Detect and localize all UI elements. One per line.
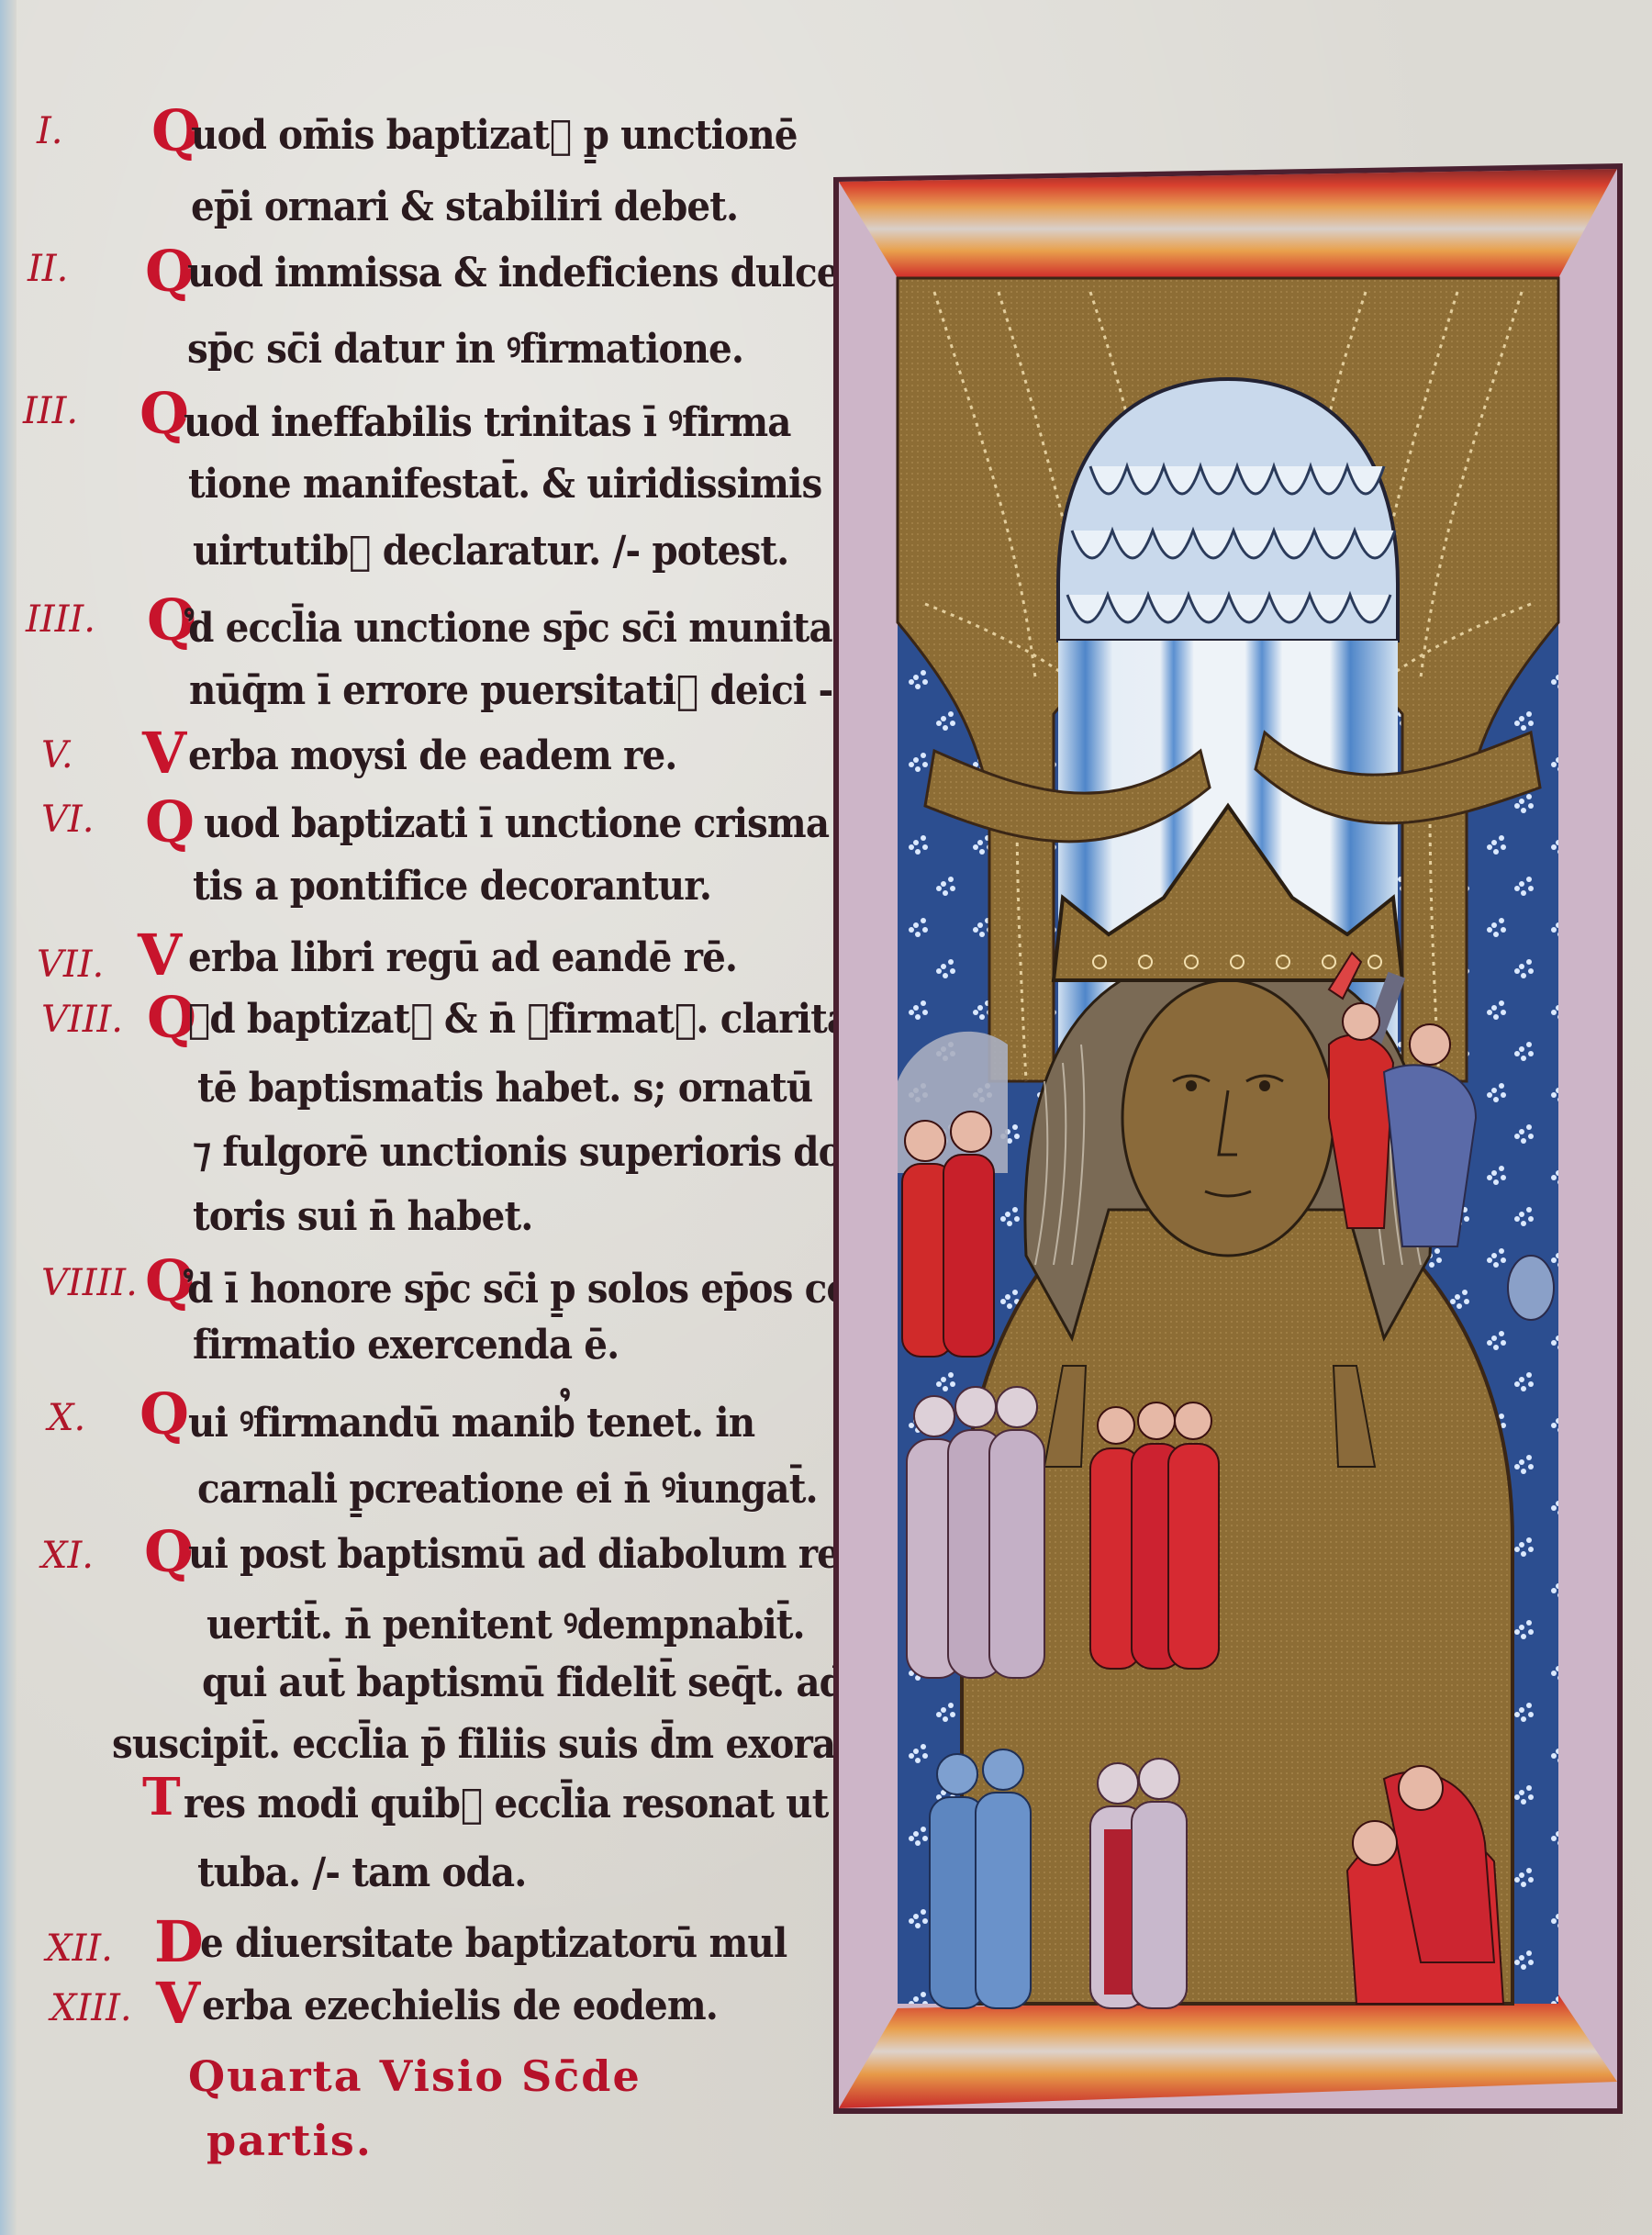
text-line: e diuersitate baptizatorū mul xyxy=(200,1920,787,1967)
frame-top-band xyxy=(839,169,1617,278)
text-line: res modi quib᷒ eccl̄ia resonat ut xyxy=(184,1781,828,1827)
text-line: ui post baptismū ad diabolum re xyxy=(188,1531,840,1578)
chapter-number: X. xyxy=(48,1397,85,1439)
text-line: tē baptismatis habet. s; ornatū xyxy=(197,1065,812,1112)
chapter-number: XIII. xyxy=(50,1987,132,2029)
devil-face xyxy=(1508,1256,1554,1320)
chapter-number: XI. xyxy=(41,1535,94,1577)
text-line: uod baptizati ī unctione crisma xyxy=(204,800,829,847)
red-initial: V xyxy=(142,725,186,782)
chapter-number: VIII. xyxy=(41,999,123,1041)
lilac-figures xyxy=(907,1387,1044,1678)
text-line: firmatio exercenda ē. xyxy=(193,1322,619,1369)
text-line: suscipit̄. eccl̄ia p̄ filiis suis d̄m ex… xyxy=(112,1721,913,1768)
chapter-number: V. xyxy=(41,734,73,777)
illumination-panel xyxy=(833,163,1623,2114)
text-line: tis a pontifice decorantur. xyxy=(193,863,711,910)
red-initial: D xyxy=(154,1914,204,1971)
text-line: uod om̄is baptizat᷒ p̱ unctionē xyxy=(191,112,798,159)
red-initial: Q xyxy=(140,386,189,442)
red-initial: Q xyxy=(145,794,195,851)
red-initial: Q xyxy=(144,1524,194,1581)
chapter-number: I. xyxy=(37,110,63,152)
chapter-list: I. Q uod om̄is baptizat᷒ p̱ unctionē ep… xyxy=(0,0,826,2235)
chapter-number: VIIII. xyxy=(41,1262,138,1304)
text-line: erba libri regū ad eandē rē. xyxy=(188,934,737,981)
text-line: carnali p̱creatione ei n̄ ꝰiungat̄. xyxy=(197,1459,818,1514)
ecclesia-face xyxy=(1122,980,1334,1256)
text-line: erba ezechielis de eodem. xyxy=(202,1983,718,2029)
text-line: uod immissa & indeficiens dulcedo xyxy=(187,250,888,296)
chapter-number: III. xyxy=(23,390,78,432)
chapter-number: II. xyxy=(28,248,68,290)
text-line: sp̄c sc̄i datur in ꝰfirmatione. xyxy=(187,319,743,374)
text-line: toris sui n̄ habet. xyxy=(193,1193,532,1240)
text-line: uirtutib᷒ declaratur. /- potest. xyxy=(193,528,788,575)
chapter-number: VII. xyxy=(37,944,104,986)
chapter-number: XII. xyxy=(46,1928,113,1970)
text-line: ep̄i ornari & stabiliri debet. xyxy=(191,184,738,230)
text-line: ui ꝰfirmandū manib᷒ tenet. in xyxy=(188,1393,754,1448)
chapter-number: VI. xyxy=(41,799,94,841)
text-line: ⁊ fulgorē unctionis superioris doc xyxy=(193,1129,864,1176)
text-line: ᷒d baptizat᷒ & n̄ ꝰfirmat᷒. clarita xyxy=(188,996,850,1043)
text-line: tuba. /- tam oda. xyxy=(197,1849,526,1896)
text-line: uod ineffabilis trinitas ī ꝰfirma xyxy=(184,393,791,448)
red-initial: V xyxy=(138,927,182,984)
red-initial: Q xyxy=(140,1386,189,1443)
chapter-number: IIII. xyxy=(26,598,95,641)
text-line: uertit̄. n̄ penitent ꝰdempnabit̄. xyxy=(206,1595,805,1650)
red-initial: T xyxy=(142,1771,181,1823)
text-line: nūq̄m ī errore puersitati᷒ deici - xyxy=(189,667,832,714)
text-line: tione manifestat̄. & uiridissimis xyxy=(188,461,821,508)
text-line: erba moysi de eadem re. xyxy=(188,732,676,779)
ecclesia-illumination xyxy=(833,163,1623,2114)
red-initial: Q xyxy=(145,1253,195,1310)
text-line: qui aut̄ baptismū fidelit̄ seq̄t. ad eo xyxy=(202,1659,903,1706)
rubric-heading-cont: partis. xyxy=(206,2116,373,2165)
text-line: ᷒d ī honore sp̄c sc̄i p̱ solos ep̄os co… xyxy=(188,1259,876,1314)
rubric-heading: Quarta Visio Sc̄de xyxy=(188,2051,642,2101)
text-line: ᷒d eccl̄ia unctione sp̄c sc̄i munita. xyxy=(189,598,844,654)
red-initial: V xyxy=(156,1975,200,2032)
